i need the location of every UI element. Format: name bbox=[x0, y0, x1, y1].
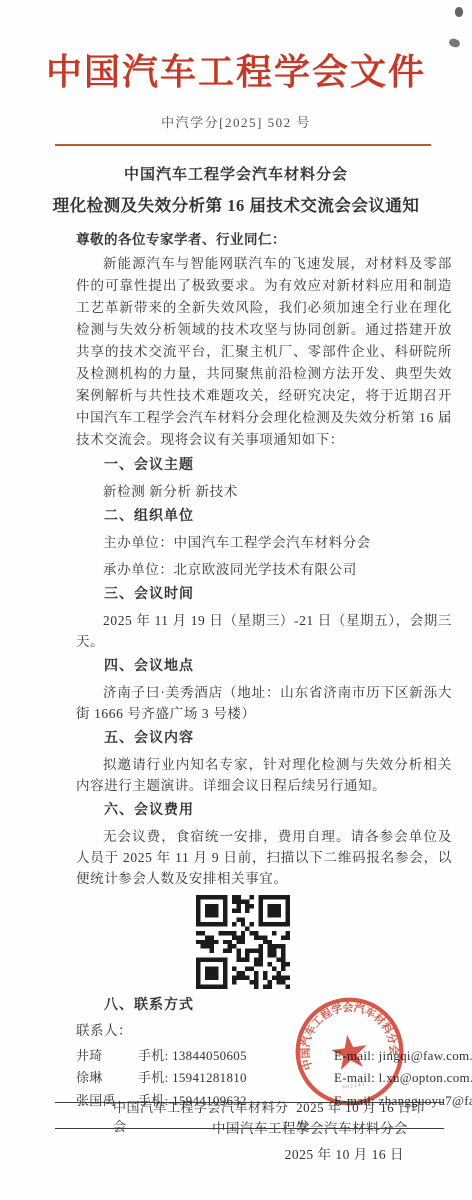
scan-speck bbox=[448, 37, 461, 48]
contact-row: 徐琳手机: 15941281810E-mail: l.xu@opton.com.… bbox=[76, 1067, 452, 1090]
document-body: 尊敬的各位专家学者、行业同仁： 新能源汽车与智能网联汽车的飞速发展，对材料及零部… bbox=[76, 230, 452, 1165]
contact-phone: 手机: 15941281810 bbox=[138, 1067, 334, 1090]
section-body: 主办单位：中国汽车工程学会汽车材料分会承办单位：北京欧波同光学技术有限公司 bbox=[76, 532, 452, 580]
section-heading: 一、会议主题 bbox=[76, 457, 452, 475]
section-paragraph: 承办单位：北京欧波同光学技术有限公司 bbox=[76, 559, 452, 580]
section: 一、会议主题 新检测 新分析 新技术 bbox=[76, 457, 452, 502]
section-body: 无会议费，食宿统一安排，费用自理。请各参会单位及人员于 2025 年 11 月 … bbox=[76, 826, 452, 889]
contact-email: E-mail: jingqi@faw.com.cn bbox=[334, 1048, 472, 1063]
section: 三、会议时间 2025 年 11 月 19 日（星期三）-21 日（星期五），会… bbox=[76, 586, 452, 652]
notice-title: 中国汽车工程学会汽车材料分会 理化检测及失效分析第 16 届技术交流会会议通知 bbox=[40, 165, 432, 217]
notice-title-line2: 理化检测及失效分析第 16 届技术交流会会议通知 bbox=[40, 194, 432, 217]
footer-left: 中国汽车工程学会汽车材料分会 bbox=[113, 1097, 296, 1135]
section-heading: 五、会议内容 bbox=[76, 730, 452, 748]
section-paragraph: 主办单位：中国汽车工程学会汽车材料分会 bbox=[76, 532, 452, 553]
contact-phone-label: 手机: bbox=[138, 1070, 172, 1085]
section-paragraph: 济南子曰·美秀酒店（地址：山东省济南市历下区新泺大街 1666 号齐盛广场 3 … bbox=[76, 682, 452, 724]
scan-speck bbox=[455, 7, 463, 17]
section-heading: 六、会议费用 bbox=[76, 802, 452, 820]
document-header-title: 中国汽车工程学会文件 bbox=[10, 49, 462, 96]
section: 二、组织单位 主办单位：中国汽车工程学会汽车材料分会承办单位：北京欧波同光学技术… bbox=[76, 508, 452, 580]
doc-number: 中汽学分[2025] 502 号 bbox=[0, 112, 472, 131]
section: 四、会议地点 济南子曰·美秀酒店（地址：山东省济南市历下区新泺大街 1666 号… bbox=[76, 658, 452, 724]
contact-row: 井琦手机: 13844050605E-mail: jingqi@faw.com.… bbox=[76, 1045, 452, 1068]
contact-phone: 手机: 13844050605 bbox=[138, 1045, 334, 1068]
section-paragraph: 2025 年 11 月 19 日（星期三）-21 日（星期五），会期三天。 bbox=[76, 610, 452, 652]
section-paragraph: 无会议费，食宿统一安排，费用自理。请各参会单位及人员于 2025 年 11 月 … bbox=[76, 826, 452, 889]
section: 五、会议内容 拟邀请行业内知名专家，针对理化检测与失效分析相关内容进行主题演讲。… bbox=[76, 730, 452, 796]
section-body: 济南子曰·美秀酒店（地址：山东省济南市历下区新泺大街 1666 号齐盛广场 3 … bbox=[76, 682, 452, 724]
qr-code-image bbox=[196, 895, 290, 989]
contact-name: 徐琳 bbox=[76, 1067, 138, 1090]
footer-right: 2025 年 10 月 16 日印发 bbox=[296, 1097, 434, 1135]
section-heading: 二、组织单位 bbox=[76, 508, 452, 526]
contact-email-label: E-mail: bbox=[334, 1048, 379, 1063]
section-body: 2025 年 11 月 19 日（星期三）-21 日（星期五），会期三天。 bbox=[76, 610, 452, 652]
contact-email-value: jingqi@faw.com.cn bbox=[379, 1048, 472, 1063]
contact-email: E-mail: l.xu@opton.com.cn bbox=[334, 1070, 472, 1085]
contact-email-value: l.xu@opton.com.cn bbox=[379, 1070, 472, 1085]
section: 六、会议费用 无会议费，食宿统一安排，费用自理。请各参会单位及人员于 2025 … bbox=[76, 802, 452, 889]
contact-phone-value: 13844050605 bbox=[172, 1048, 247, 1063]
intro-paragraph: 新能源汽车与智能网联汽车的飞速发展，对材料及零部件的可靠性提出了极致要求。为有效… bbox=[76, 253, 452, 451]
document-page: 中国汽车工程学会文件 中汽学分[2025] 502 号 中国汽车工程学会汽车材料… bbox=[0, 0, 472, 1200]
contact-label: 联系人： bbox=[76, 1021, 452, 1040]
salutation: 尊敬的各位专家学者、行业同仁： bbox=[76, 230, 452, 249]
section-paragraph: 新检测 新分析 新技术 bbox=[76, 481, 452, 502]
section-body: 拟邀请行业内知名专家，针对理化检测与失效分析相关内容进行主题演讲。详细会议日程后… bbox=[76, 754, 452, 796]
section-heading: 四、会议地点 bbox=[76, 658, 452, 676]
section-paragraph: 拟邀请行业内知名专家，针对理化检测与失效分析相关内容进行主题演讲。详细会议日程后… bbox=[76, 754, 452, 796]
section-heading: 三、会议时间 bbox=[76, 586, 452, 604]
section-body: 新检测 新分析 新技术 bbox=[76, 481, 452, 502]
contact-section-heading: 八、联系方式 bbox=[76, 997, 452, 1015]
contact-email-label: E-mail: bbox=[334, 1070, 379, 1085]
red-divider bbox=[55, 144, 431, 146]
signature-date: 2025 年 10 月 16 日 bbox=[76, 1146, 408, 1164]
sections: 一、会议主题 新检测 新分析 新技术 二、组织单位 主办单位：中国汽车工程学会汽… bbox=[76, 457, 452, 889]
qr-code bbox=[196, 895, 290, 989]
notice-title-line1: 中国汽车工程学会汽车材料分会 bbox=[40, 165, 432, 187]
contact-phone-label: 手机: bbox=[138, 1048, 172, 1063]
contact-phone-value: 15941281810 bbox=[172, 1070, 247, 1085]
footer: 中国汽车工程学会汽车材料分会 2025 年 10 月 16 日印发 bbox=[55, 1102, 444, 1129]
contact-name: 井琦 bbox=[76, 1045, 138, 1068]
